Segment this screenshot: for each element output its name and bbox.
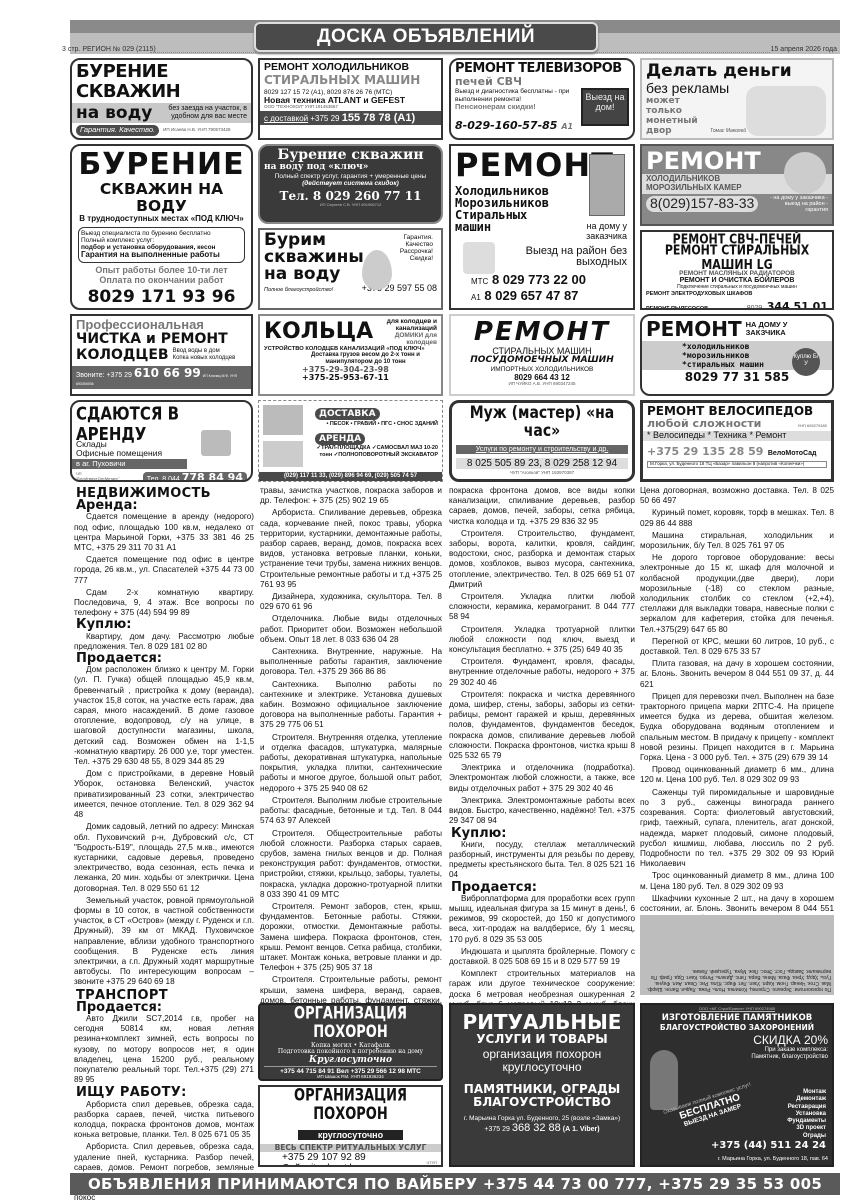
ad-title: Профессиональная bbox=[76, 318, 247, 332]
ad-washers: РЕМОНТ СТИРАЛЬНЫХ МАШИН ПОСУДОМОЕЧНЫХ МА… bbox=[449, 314, 635, 396]
ad-home: на дому у заказчика bbox=[557, 222, 627, 242]
ad-title: КОЛЬЦА bbox=[264, 320, 373, 344]
classified-ad: Дом расположен близко к центру М. Горки … bbox=[74, 665, 254, 767]
ad-phone: +375 29 135 28 59 bbox=[647, 445, 763, 458]
ad-subtitle: на воду bbox=[76, 104, 152, 123]
ad-title: РЕМОНТ bbox=[646, 318, 742, 340]
ad-text: может только монетный двор bbox=[646, 96, 706, 136]
issue-date: 15 апреля 2026 года bbox=[771, 46, 837, 53]
classified-ad: Строителя. Фундамент, кровля, фасады, вн… bbox=[449, 657, 635, 688]
classified-ad: Провод оцинкованный диаметр 6 мм., длина… bbox=[640, 765, 834, 785]
ad-drilling-4: Бурим скважины на воду Гарантия. Качеств… bbox=[258, 228, 443, 310]
ad-line: Выезд специалиста по бурению бесплатно bbox=[81, 230, 242, 237]
classified-ad: Авто Джили SC7,2014 г.в, пробег на сегод… bbox=[74, 1014, 254, 1085]
delivery-label: с доставкой bbox=[264, 114, 308, 123]
issue-number: 3 стр. РЕГИОН № 029 (2115) bbox=[62, 46, 156, 53]
bullet-item: Ввод воды в дом bbox=[173, 348, 236, 355]
service-item: Фундаменты bbox=[787, 1118, 826, 1125]
ad-phones: (029) 117 11 33, (029) 896 94 69, (029) … bbox=[259, 472, 442, 481]
ad-line: Доставка грузов весом до 2-х тонн и мани… bbox=[264, 352, 437, 365]
ad-line: ВЕСЬ СПЕКТР РИТУАЛЬНЫХ УСЛУГ bbox=[260, 1144, 441, 1152]
classified-ad: Сдам 2-х комнатную квартиру. Последовича… bbox=[74, 588, 254, 619]
ad-title: на воду bbox=[264, 266, 437, 283]
ad-phone: 610 66 99 bbox=[134, 366, 201, 380]
ad-subtitle: любой сложности bbox=[647, 418, 761, 430]
ad-drilling-2: БУРЕНИЕ СКВАЖИН НА ВОДУ В труднодоступны… bbox=[70, 144, 253, 310]
classified-ad: Отделочника. Любые виды отделочных работ… bbox=[260, 614, 442, 645]
subsection-heading: Продается: bbox=[76, 654, 254, 664]
ad-brand: ВелоМотоСад bbox=[768, 450, 817, 457]
column-3: покраска фронтона домов, все виды копки … bbox=[449, 486, 635, 1022]
classified-ad: Индюшата и цыплята бройлерные. Помогу с … bbox=[449, 947, 635, 967]
repairman-image bbox=[784, 152, 826, 194]
classified-ad: Электрика. Электромонтажные работы всех … bbox=[449, 796, 635, 827]
classified-ad: Цена договорная, возможно доставка. Тел.… bbox=[640, 486, 834, 506]
ad-fridge-4: РЕМОНТНА ДОМУ У ЗАКЗЧИКА *холодильников … bbox=[640, 314, 834, 396]
ad-subtitle: на воду под «ключ» bbox=[264, 163, 437, 173]
operator-label: МТС bbox=[471, 277, 488, 286]
delivery-label: ДОСТАВКА bbox=[315, 408, 380, 420]
ad-note: без заезда на участок, в удобном для вас… bbox=[156, 105, 247, 120]
classified-ad: Строителя. Внутренняя отделка, утепление… bbox=[260, 733, 442, 794]
phone-prefix: +375 29 bbox=[484, 1126, 510, 1133]
ad-phone: 8 029 773 22 00 bbox=[492, 272, 586, 287]
classified-ad: Строителя. Строительство, фундамент, заб… bbox=[449, 529, 635, 590]
divider bbox=[150, 52, 770, 53]
classified-ad: Книги, посуду, стеллаж металлический раз… bbox=[449, 840, 635, 881]
ad-subtitle: ДОМИКИ для колодцев bbox=[377, 332, 437, 346]
ad-ritual: РИТУАЛЬНЫЕ УСЛУГИ И ТОВАРЫ организация п… bbox=[449, 1003, 635, 1167]
ad-discount: (действует система скидок) bbox=[264, 180, 437, 187]
bullet-item: Копка новых колодцев bbox=[173, 355, 236, 362]
classified-ad: Сантехника. Внутренние, наружные. На вып… bbox=[260, 647, 442, 678]
ad-phone: Тел. 8 029 260 77 11 bbox=[264, 190, 437, 203]
classified-ad: Сдается помещение в аренду (недорого) по… bbox=[74, 512, 254, 553]
ad-website[interactable]: Сайт ritual-opt.by bbox=[282, 1163, 366, 1167]
ad-address: г. Марьина Горка, ул. Буденного 18, пав.… bbox=[646, 1156, 828, 1162]
truck-image bbox=[263, 405, 303, 435]
ad-line: круглосуточно bbox=[455, 1061, 629, 1074]
call-label: Звоните: +375 29 bbox=[76, 372, 132, 379]
subsection-heading: Куплю: bbox=[76, 620, 254, 630]
ad-badge: Гарантия. Качество. bbox=[76, 125, 159, 135]
angel-statue-image bbox=[650, 1050, 678, 1110]
subsection-heading: Куплю: bbox=[451, 829, 635, 839]
classified-ad: Куриный помет, коровяк, торф в мешках. Т… bbox=[640, 508, 834, 528]
operator-label: A1 bbox=[561, 122, 573, 131]
service-item: Демонтаж bbox=[787, 1096, 826, 1103]
ad-ip: ИП ЧУЙКО А.В. УНП 690347245 bbox=[455, 382, 629, 387]
service-item: Ограды bbox=[787, 1133, 826, 1140]
classified-ad: Сдается помещение под офис в центре горо… bbox=[74, 555, 254, 586]
ad-org: ЧУП "Аголков" УНП 193970387 bbox=[456, 471, 628, 476]
ad-phone: 344 51 01 bbox=[767, 300, 828, 310]
classified-ad: Прицеп для перевозки пчел. Выполнен на б… bbox=[640, 692, 834, 763]
section-heading: ИЩУ РАБОТУ: bbox=[76, 1088, 254, 1098]
ad-line: ПОСУДОМОЕЧНЫХ МАШИН bbox=[455, 356, 629, 366]
ad-title: КОЛОДЦЕВ bbox=[76, 348, 169, 363]
washing-machine-image bbox=[463, 242, 495, 274]
ad-fridge-3: РЕМОНТ ХОЛОДИЛЬНИКОВ МОРОЗИЛЬНЫХ КАМЕР 8… bbox=[640, 144, 834, 226]
ad-microwave: РЕМОНТ СВЧ-ПЕЧЕЙ РЕМОНТ СТИРАЛЬНЫХ МАШИН… bbox=[640, 230, 834, 310]
ad-money: Делать деньги без рекламы может только м… bbox=[640, 58, 834, 140]
ad-title: Делать деньги bbox=[646, 62, 828, 81]
classified-ad: Строителя. Выполним любые строительные р… bbox=[260, 796, 442, 827]
ad-unp: УНП 693279180 bbox=[798, 424, 827, 428]
ad-subtitle: СКВАЖИН НА ВОДУ bbox=[76, 181, 247, 215]
ad-subtitle: круглосуточно bbox=[298, 1130, 403, 1140]
ad-place: в аг. Пуховичи bbox=[72, 459, 187, 469]
ad-phone: +375 (44) 511 24 24 bbox=[711, 1140, 826, 1151]
subsection-heading: Аренда: bbox=[76, 501, 254, 511]
ad-ip: ИП Исаева Н.В. УНП 790573428 bbox=[163, 128, 230, 133]
ad-notes: - на дому у заказчика - выезд на район -… bbox=[761, 195, 828, 213]
ad-line: РЕМОНТ СТИРАЛЬНЫХ МАШИН LG bbox=[646, 244, 828, 273]
phone-note: (А 1. Viber) bbox=[563, 1126, 600, 1133]
ad-title: РИТУАЛЬНЫЕ bbox=[455, 1011, 629, 1033]
service-item: Реставрация bbox=[787, 1104, 826, 1111]
ad-org: ЧТУП «АНТИГОНА» УНП 690617843 bbox=[403, 1161, 437, 1167]
ad-monuments: ООО «МГ СтройГранит» УНП 690274985 ИЗГОТ… bbox=[640, 1003, 834, 1167]
ad-org: ООО "ТЕХНОХОЛ" УНП 191453667 bbox=[264, 105, 437, 110]
ad-phone: 8029 171 93 96 bbox=[76, 288, 247, 307]
ad-phone: 8(029)157-83-33 bbox=[646, 196, 758, 211]
tv-image: Выезд на дом! bbox=[581, 88, 629, 126]
rental-items: ✓ТРАЛ-ПЛОЩАДКА ✓САМОСВАЛ МАЗ 10-20 тонн … bbox=[315, 445, 438, 459]
phone-prefix: Тел. 8 044 bbox=[147, 476, 180, 482]
column-1: НЕДВИЖИМОСТЬ Аренда: Сдается помещение в… bbox=[74, 486, 254, 1200]
column-4: Цена договорная, возможно доставка. Тел.… bbox=[640, 486, 834, 926]
ad-phone: 368 32 88 bbox=[512, 1122, 561, 1134]
ad-funeral-1: ОРГАНИЗАЦИЯ ПОХОРОН Копка могил • Катафа… bbox=[258, 1003, 443, 1081]
ad-subtitle: Услуги по ремонту и строительству и др. bbox=[456, 445, 628, 455]
ad-trip: Выезд на район без выходных bbox=[517, 246, 627, 268]
ad-badges: Гарантия. Качество Рассрочка! Скидка! bbox=[383, 234, 433, 263]
ad-phone: +375 29 107 92 89 bbox=[282, 1152, 366, 1163]
ad-line: Круглосуточно bbox=[264, 1056, 437, 1066]
ad-phone: 8-029-160-57-85 bbox=[455, 119, 557, 132]
ad-bikes: РЕМОНТ ВЕЛОСИПЕДОВ любой сложностиУНП 69… bbox=[640, 400, 834, 482]
operator-label: А1 bbox=[471, 293, 481, 302]
ad-discount: Пенсионерам скидки! bbox=[455, 103, 578, 111]
ad-title: ЧИСТКА и РЕМОНТ bbox=[76, 332, 247, 347]
classified-ad: Не дорого торговое оборудование: весы эл… bbox=[640, 553, 834, 635]
classified-ad: Строителя. Укладка тротуарной плитки люб… bbox=[449, 625, 635, 656]
ad-title: Муж (мастер) «на час» bbox=[456, 405, 628, 442]
classified-ad: Строителя. Ремонт заборов, стен, крыш, ф… bbox=[260, 902, 442, 973]
ad-subtitle: СТИРАЛЬНЫХ МАШИН bbox=[264, 74, 437, 87]
ad-phone: 8 029 657 47 87 bbox=[484, 288, 578, 303]
classified-ad: Дизайнера, художника, скульптора. Тел. 8… bbox=[260, 592, 442, 612]
ad-title: Бурение скважин bbox=[264, 148, 437, 163]
ad-line: ПАМЯТНИКИ, ОГРАДЫ bbox=[455, 1083, 629, 1096]
ad-handyman: Муж (мастер) «на час» Услуги по ремонту … bbox=[449, 400, 635, 482]
ad-tv-repair: РЕМОНТ ТЕЛЕВИЗОРОВ печей СВЧ Выезд и диа… bbox=[449, 58, 635, 140]
buy-used-badge: Куплю Б/У bbox=[792, 348, 820, 376]
classified-ad: Квартиру, дом дачу. Рассмотрю любые пред… bbox=[74, 632, 254, 652]
ad-rent: СДАЮТСЯ В АРЕНДУ Склады Офисные помещени… bbox=[70, 400, 253, 482]
ad-items: * Велосипеды * Техника * Ремонт bbox=[643, 431, 831, 441]
classified-ad: Домик садовый, летний по адресу: Минская… bbox=[74, 822, 254, 893]
classified-ad: Арбориста спил деревьев, обрезка сада, р… bbox=[74, 1100, 254, 1141]
ad-title: РЕМОНТ ХОЛОДИЛЬНИКОВ bbox=[264, 62, 437, 74]
phone-prefix: +375 29 bbox=[310, 114, 339, 123]
ad-rings: КОЛЬЦА для колодцев и канализацийДОМИКИ … bbox=[258, 314, 443, 396]
ad-title: БЛАГОУСТРОЙСТВО ЗАХОРОНЕНИЙ bbox=[646, 1024, 828, 1032]
classified-ad: покраска фронтона домов, все виды копки … bbox=[449, 486, 635, 527]
ad-ip: ИП Шашок Р.М. УНП 691936234 bbox=[264, 1075, 437, 1080]
ad-phone: 155 78 78 (А1) bbox=[342, 112, 415, 124]
ad-address: М.Горка, ул. Буденного 18 ТЦ «Базар» пав… bbox=[647, 461, 827, 468]
delivery-items: • ПЕСОК • ГРАВИЙ • ПГС • СНОС ЗДАНИЙ bbox=[315, 421, 438, 428]
classified-ad: Строителя. Общестроительные работы любой… bbox=[260, 829, 442, 900]
ad-subtitle: для колодцев и канализаций bbox=[377, 318, 437, 332]
water-drop-icon bbox=[362, 250, 392, 290]
ad-drilling-1: БУРЕНИЕ СКВАЖИН на воду без заезда на уч… bbox=[70, 58, 253, 140]
classified-ad: Строителя: покраска и чистка деревянного… bbox=[449, 690, 635, 761]
ad-title: РЕМОНТ ТЕЛЕВИЗОРОВ bbox=[455, 62, 629, 76]
subsection-heading: Продается: bbox=[76, 1003, 254, 1013]
classified-ad: Электрика и отделочника (подработка). Эл… bbox=[449, 763, 635, 794]
classified-ad: Трос оцинкованный диаметр 8 мм., длина 1… bbox=[640, 871, 834, 891]
ad-subtitle-2: В труднодоступных местах «ПОД КЛЮЧ» bbox=[76, 215, 247, 224]
ad-ip: ИП Сергеев С.В. УНП 691906712 bbox=[264, 203, 437, 207]
ad-line: РЕМОНТ ПЫЛЕСОСОВ bbox=[646, 306, 708, 310]
ad-phone: 778 84 94 bbox=[182, 471, 243, 482]
service-item: 3D проект bbox=[787, 1125, 826, 1132]
ad-where: НА ДОМУ У ЗАКЗЧИКА bbox=[746, 321, 806, 338]
quote-author: Томас Маколей bbox=[710, 129, 746, 135]
ad-fridge-atlant: РЕМОНТ ХОЛОДИЛЬНИКОВ СТИРАЛЬНЫХ МАШИН 80… bbox=[258, 58, 443, 140]
classified-ad: Арбориста. Спиливание деревьев, обрезка … bbox=[260, 508, 442, 590]
ad-funeral-2: ОРГАНИЗАЦИЯ ПОХОРОН круглосуточно ВЕСЬ С… bbox=[258, 1085, 443, 1167]
classified-ad: Перегной от КРС, мешки 60 литров, 10 руб… bbox=[640, 637, 834, 657]
page-title: ДОСКА ОБЪЯВЛЕНИЙ bbox=[254, 22, 598, 52]
man-in-chair-image bbox=[746, 86, 826, 136]
classified-ad: Саженцы туй пиромидальные и шаровидные п… bbox=[640, 788, 834, 870]
ad-phone: 327 91 73 bbox=[151, 137, 229, 140]
service-item: Монтаж bbox=[787, 1089, 826, 1096]
classified-ad: Сантехника. Выполню работы по сантехнике… bbox=[260, 680, 442, 731]
keys-image bbox=[201, 430, 231, 456]
ad-title: РЕМОНТ bbox=[455, 318, 629, 347]
ad-fridge-2: РЕМОНТ Холодильников Морозильников Стира… bbox=[449, 144, 635, 310]
ad-line: Оплата по окончании работ bbox=[76, 276, 247, 286]
ad-title: БУРЕНИЕ СКВАЖИН bbox=[76, 62, 247, 102]
ad-org: ООО «МГ СтройГранит» УНП 690274985 bbox=[646, 1007, 828, 1011]
ad-title: БУРЕНИЕ bbox=[76, 148, 247, 181]
ad-text: Выезд и диагностика бесплатны - при выпо… bbox=[455, 88, 578, 102]
ad-org: ЧП "БелИнвестОптМетанг" УНП 691075968 bbox=[76, 471, 121, 482]
fridge-image bbox=[589, 154, 625, 216]
crossword-answers: По горизонтали: Зеркало. Стрелец. Копилк… bbox=[640, 915, 834, 995]
service-item: Установка bbox=[787, 1111, 826, 1118]
ad-title: ОРГАНИЗАЦИЯ ПОХОРОН bbox=[264, 1088, 437, 1125]
classified-ad: травы, зачистка участков, покраска забор… bbox=[260, 486, 442, 506]
ad-subtitle: УСЛУГИ И ТОВАРЫ bbox=[455, 1033, 629, 1046]
ad-subtitle: печей СВЧ bbox=[455, 76, 629, 88]
classified-ad: Дом с пристройками, в деревне Новый Убор… bbox=[74, 769, 254, 820]
ad-line: БЛАГОУСТРОЙСТВО bbox=[455, 1096, 629, 1109]
ad-slogan: Полное благоустройство! bbox=[264, 287, 333, 293]
classified-ad: Земельный участок, ровной прямоугольной … bbox=[74, 896, 254, 988]
ad-line: Гарантия на выполненные работы bbox=[81, 251, 242, 260]
footer-banner: ОБЪЯВЛЕНИЯ ПРИНИМАЮТСЯ ПО ВАЙБЕРУ +375 4… bbox=[70, 1173, 840, 1195]
ad-wells: Профессиональная ЧИСТКА и РЕМОНТ КОЛОДЦЕ… bbox=[70, 314, 253, 396]
subsection-heading: Продается: bbox=[451, 883, 635, 893]
classified-ad: Виброплатформа для проработки всех групп… bbox=[449, 894, 635, 945]
classified-ad: Строителя. Укладка плитки любой сложност… bbox=[449, 592, 635, 623]
rental-label: АРЕНДА bbox=[315, 433, 365, 445]
ad-title: ОРГАНИЗАЦИЯ ПОХОРОН bbox=[264, 1006, 437, 1043]
ad-drilling-3: Бурение скважин на воду под «ключ» Полны… bbox=[258, 144, 443, 224]
discount-label: СКИДКА 20% bbox=[646, 1034, 828, 1047]
ad-delivery: ДОСТАВКА • ПЕСОК • ГРАВИЙ • ПГС • СНОС З… bbox=[258, 400, 443, 482]
phone-prefix: 8029 bbox=[747, 305, 763, 310]
excavator-image bbox=[263, 441, 303, 467]
classified-ad: Плита газовая, на дачу в хорошем состоян… bbox=[640, 659, 834, 690]
ad-address: г. Марьина Горка ул. Буденного, 25 (возл… bbox=[455, 1115, 629, 1122]
column-2: травы, зачистка участков, покраска забор… bbox=[260, 486, 442, 1028]
classified-ad: Машина стиральная, холодильник и морозил… bbox=[640, 531, 834, 551]
ad-phone: +375-25-953-67-11 bbox=[264, 374, 437, 383]
ad-phones: 8 025 505 89 23, 8 029 258 12 94 bbox=[456, 458, 628, 469]
